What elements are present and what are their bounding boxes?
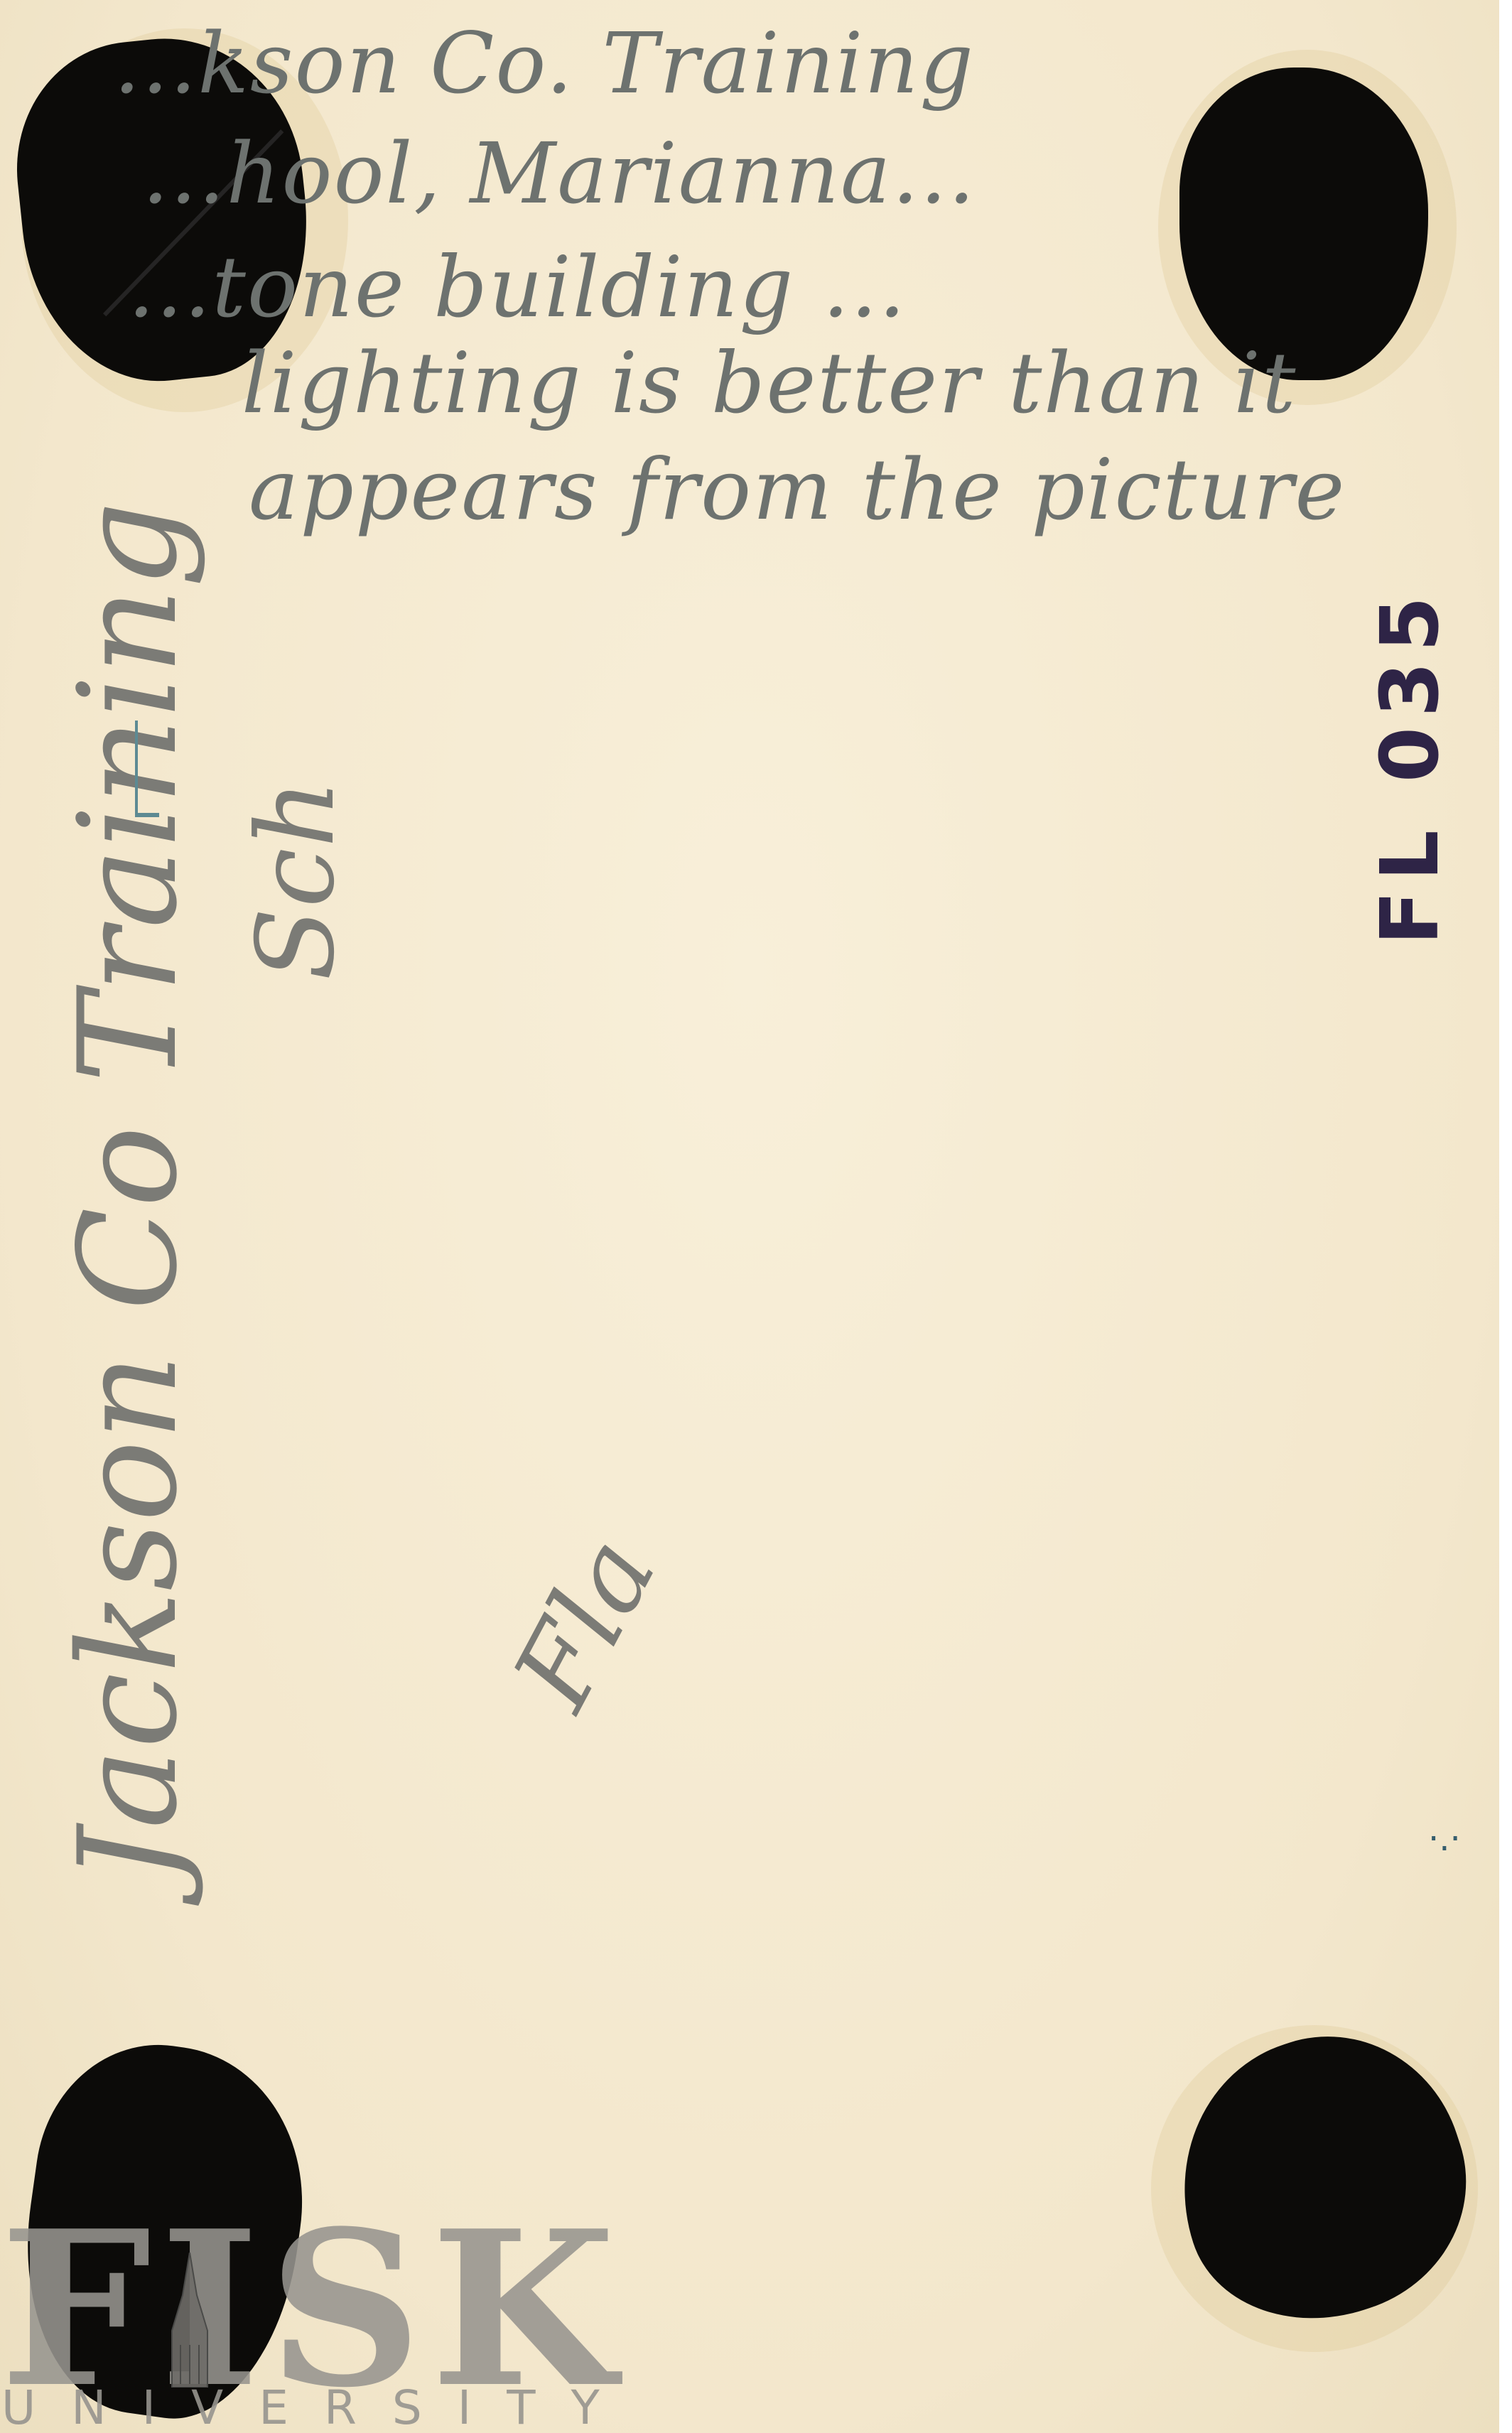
ink-specks: ·.·	[1428, 1819, 1461, 1859]
scan-border	[1499, 0, 1512, 2433]
photo-verso: ...kson Co. Training ...hool, Marianna..…	[0, 0, 1499, 2433]
spire-icon	[158, 2253, 222, 2388]
catalog-number: FL 035	[1364, 586, 1457, 945]
watermark-subtitle: UNIVERSITY	[1, 2380, 635, 2433]
pencil-note-main: Jackson Co Training	[50, 501, 207, 1883]
fisk-university-watermark: FISK UNIVERSITY	[0, 2196, 611, 2433]
ink-note-line-1: ...kson Co. Training	[114, 14, 975, 112]
blue-pencil-mark	[135, 721, 159, 817]
ink-note-line-4: lighting is better than it	[242, 334, 1297, 432]
pencil-note-secondary: Sch	[234, 779, 358, 981]
ink-note-line-5: appears from the picture	[249, 441, 1346, 539]
mounting-residue-top-right	[1179, 68, 1428, 380]
ink-note-line-3: ...tone building ...	[128, 238, 907, 336]
ink-note-line-2: ...hool, Marianna...	[142, 124, 976, 222]
pencil-note-state: Fla	[490, 1518, 680, 1728]
